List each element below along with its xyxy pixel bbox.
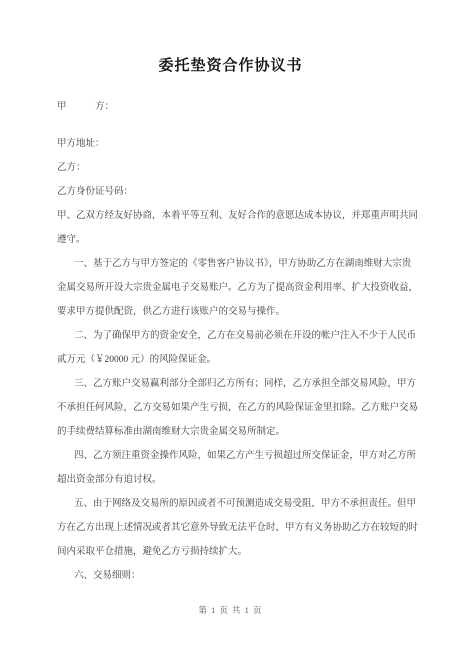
text-line: 遵守。 <box>57 228 421 252</box>
document-page: 委托垫资合作协议书 甲 方：甲方地址：乙方：乙方身份证号码：甲、乙双方经友好协商… <box>0 0 461 653</box>
text-line: 五、由于网络及交易所的原因或者不可预测造成交易受阻，甲方不承担责任。但甲 <box>57 492 421 516</box>
text-line: 贰万元（￥20000 元）的风险保证金。 <box>57 348 421 372</box>
text-line: 要求甲方提供配资，供乙方进行该账户的交易与操作。 <box>57 300 421 324</box>
text-line: 金属交易所开设大宗贵金属电子交易账户。乙方为了提高资金利用率、扩大投资收益， <box>57 276 421 300</box>
page-number-footer: 第 1 页 共 1 页 <box>0 604 461 616</box>
text-line: 不承担任何风险，乙方交易如果产生亏损，在乙方的风险保证金里扣除。乙方账户交易 <box>57 396 421 420</box>
text-line: 乙方： <box>57 156 421 180</box>
text-line: 甲方地址： <box>57 132 421 156</box>
text-line: 一、基于乙方与甲方签定的《零售客户协议书》，甲方协助乙方在湖南维财大宗贵 <box>57 252 421 276</box>
text-line: 甲 方： <box>57 95 421 119</box>
text-line: 四、乙方须注重资金操作风险，如果乙方产生亏损超过所交保证金，甲方对乙方所 <box>57 444 421 468</box>
document-body: 甲 方：甲方地址：乙方：乙方身份证号码：甲、乙双方经友好协商，本着平等互利、友好… <box>0 95 461 588</box>
text-line: 二、为了确保甲方的资金安全，乙方在交易前必须在开设的帐户注入不少于人民币 <box>57 324 421 348</box>
text-line: 方在乙方出现上述情况或者其它意外导致无法平仓时，甲方有义务协助乙方在较短的时 <box>57 516 421 540</box>
text-line: 乙方身份证号码： <box>57 180 421 204</box>
text-line: 的手续费结算标准由湖南维财大宗贵金属交易所制定。 <box>57 420 421 444</box>
text-line: 间内采取平仓措施，避免乙方亏损持续扩大。 <box>57 540 421 564</box>
text-line: 六、交易细则： <box>57 564 421 588</box>
text-line: 甲、乙双方经友好协商，本着平等互利、友好合作的意愿达成本协议，并郑重声明共同 <box>57 204 421 228</box>
text-line: 三、乙方账户交易赢利部分全部归乙方所有；同样，乙方承担全部交易风险，甲方 <box>57 372 421 396</box>
document-title: 委托垫资合作协议书 <box>0 0 461 77</box>
text-line: 超出资金部分有追讨权。 <box>57 468 421 492</box>
